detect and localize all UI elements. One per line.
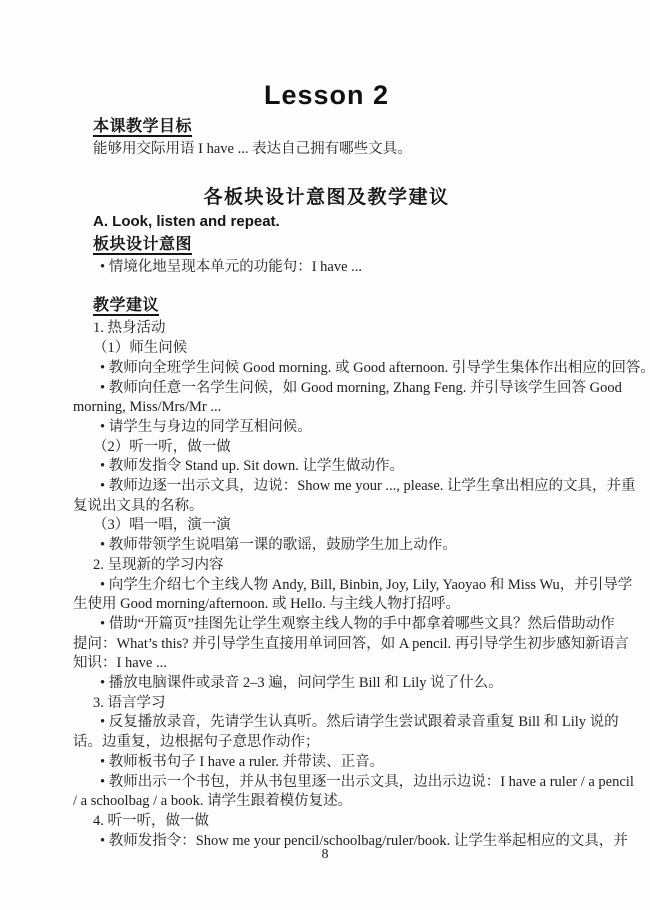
underlined-heading: 本课教学目标 <box>73 116 580 138</box>
document-page: Lesson 2 本课教学目标能够用交际用语 I have ... 表达自己拥有… <box>0 0 650 910</box>
bullet-line: • 教师发指令 Stand up. Sit down. 让学生做动作。 <box>73 457 580 477</box>
numbered-line: 3. 语言学习 <box>73 694 580 714</box>
bullet-line: • 教师出示一个书包，并从书包里逐一出示文具，边出示边说：I have a ru… <box>73 773 580 793</box>
numbered-line: 1. 热身活动 <box>73 319 580 339</box>
numbered-line: （1）师生问候 <box>73 339 580 359</box>
text-line: 生使用 Good morning/afternoon. 或 Hello. 与主线… <box>73 595 580 615</box>
activity-subheading: A. Look, listen and repeat. <box>73 212 580 232</box>
bullet-line: • 请学生与身边的同学互相问候。 <box>73 418 580 438</box>
bullet-line: • 向学生介绍七个主线人物 Andy, Bill, Binbin, Joy, L… <box>73 576 580 596</box>
text-line: / a schoolbag / a book. 请学生跟着模仿复述。 <box>73 792 580 812</box>
text-line: morning, Miss/Mrs/Mr ... <box>73 398 580 418</box>
bullet-line: • 教师板书句子 I have a ruler. 并带读、正音。 <box>73 753 580 773</box>
bullet-line: • 情境化地呈现本单元的功能句：I have ... <box>73 258 580 278</box>
text-line: 知识：I have ... <box>73 654 580 674</box>
text-line: 提问：What’s this? 并引导学生直接用单词回答，如 A pencil.… <box>73 635 580 655</box>
underlined-heading: 教学建议 <box>73 295 580 317</box>
page-number: 8 <box>0 847 650 863</box>
text-line: 话。边重复，边根据句子意思作动作； <box>73 733 580 753</box>
numbered-line: 4. 听一听，做一做 <box>73 812 580 832</box>
section-heading: 各板块设计意图及教学建议 <box>73 186 580 210</box>
numbered-line: （3）唱一唱，演一演 <box>73 516 580 536</box>
bullet-line: • 教师边逐一出示文具，边说：Show me your ..., please.… <box>73 477 580 497</box>
numbered-line: 2. 呈现新的学习内容 <box>73 556 580 576</box>
text-line: 复说出文具的名称。 <box>73 497 580 517</box>
numbered-line: （2）听一听，做一做 <box>73 438 580 458</box>
page-title: Lesson 2 <box>73 80 580 110</box>
bullet-line: • 教师向任意一名学生问候，如 Good morning, Zhang Feng… <box>73 379 580 399</box>
bullet-line: • 教师带领学生说唱第一课的歌谣，鼓励学生加上动作。 <box>73 536 580 556</box>
bullet-line: • 播放电脑课件或录音 2–3 遍，问问学生 Bill 和 Lily 说了什么。 <box>73 674 580 694</box>
bullet-line: • 借助“开篇页”挂图先让学生观察主线人物的手中都拿着哪些文具？然后借助动作 <box>73 615 580 635</box>
bullet-line: • 反复播放录音，先请学生认真听。然后请学生尝试跟着录音重复 Bill 和 Li… <box>73 713 580 733</box>
document-body: 本课教学目标能够用交际用语 I have ... 表达自己拥有哪些文具。各板块设… <box>73 116 580 851</box>
numbered-line: 能够用交际用语 I have ... 表达自己拥有哪些文具。 <box>73 140 580 160</box>
underlined-heading: 板块设计意图 <box>73 234 580 256</box>
bullet-line: • 教师向全班学生问候 Good morning. 或 Good afterno… <box>73 359 580 379</box>
